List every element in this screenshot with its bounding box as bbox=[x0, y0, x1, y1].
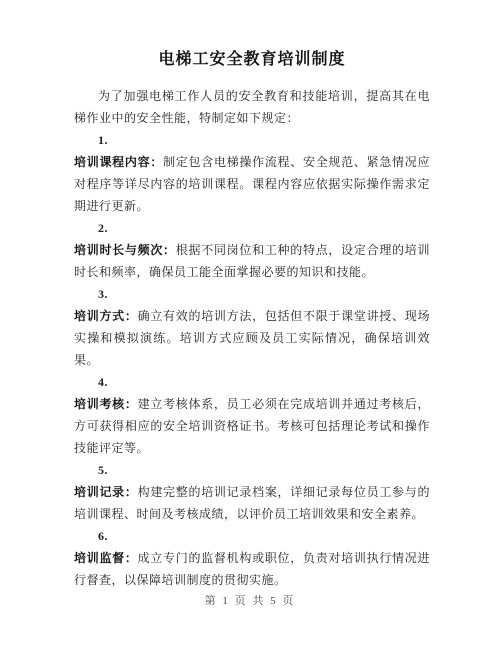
document-page: 电梯工安全教育培训制度 为了加强电梯工作人员的安全教育和技能培训，提高其在电梯作… bbox=[0, 0, 500, 647]
section-1-paragraph: 培训课程内容：制定包含电梯操作流程、安全规范、紧急情况应对程序等详尽内容的培训课… bbox=[74, 151, 430, 217]
section-4-paragraph: 培训考核：建立考核体系，员工必须在完成培训并通过考核后，方可获得相应的安全培训资… bbox=[74, 393, 430, 459]
section-6-number: 6. bbox=[74, 525, 430, 547]
section-3-paragraph: 培训方式：确立有效的培训方法，包括但不限于课堂讲授、现场实操和模拟演练。培训方式… bbox=[74, 305, 430, 371]
section-2-number: 2. bbox=[74, 217, 430, 239]
section-5-number: 5. bbox=[74, 459, 430, 481]
section-2-label: 培训时长与频次： bbox=[74, 243, 176, 257]
section-1-number: 1. bbox=[74, 129, 430, 151]
section-3-label: 培训方式： bbox=[74, 309, 138, 323]
section-3-number: 3. bbox=[74, 283, 430, 305]
section-5-label: 培训记录： bbox=[74, 485, 138, 499]
section-6-paragraph: 培训监督：成立专门的监督机构或职位，负责对培训执行情况进行督查，以保障培训制度的… bbox=[74, 547, 430, 591]
section-4-label: 培训考核： bbox=[74, 397, 138, 411]
section-1-label: 培训课程内容： bbox=[74, 155, 163, 169]
page-footer: 第 1 页 共 5 页 bbox=[0, 592, 500, 608]
page-title: 电梯工安全教育培训制度 bbox=[74, 50, 430, 70]
section-2-paragraph: 培训时长与频次：根据不同岗位和工种的特点，设定合理的培训时长和频率，确保员工能全… bbox=[74, 239, 430, 283]
intro-paragraph: 为了加强电梯工作人员的安全教育和技能培训，提高其在电梯作业中的安全性能，特制定如… bbox=[74, 85, 430, 129]
section-4-number: 4. bbox=[74, 371, 430, 393]
section-6-label: 培训监督： bbox=[74, 551, 138, 565]
section-5-paragraph: 培训记录：构建完整的培训记录档案，详细记录每位员工参与的培训课程、时间及考核成绩… bbox=[74, 481, 430, 525]
